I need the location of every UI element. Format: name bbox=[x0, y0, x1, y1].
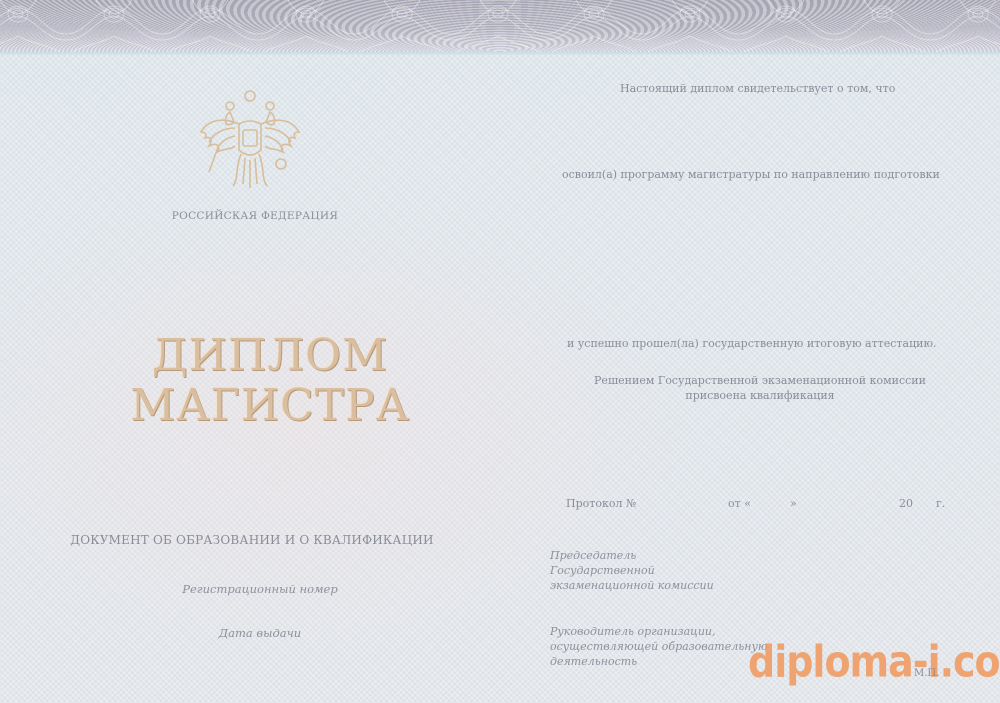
issue-date-label: Дата выдачи bbox=[150, 626, 370, 640]
chairman-line-3: экзаменационной комиссии bbox=[550, 578, 714, 593]
guilloche-motif-icon bbox=[930, 0, 1000, 52]
guilloche-motif-icon bbox=[450, 0, 546, 52]
commission-decision: Решением Государственной экзаменационной… bbox=[560, 373, 960, 403]
head-line-2: осуществляющей образовательную bbox=[550, 639, 768, 654]
certifies-text: Настоящий диплом свидетельствует о том, … bbox=[620, 82, 895, 95]
guilloche-motif-icon bbox=[642, 0, 738, 52]
guilloche-motif-icon bbox=[546, 0, 642, 52]
head-signature-block: Руководитель организации, осуществляющей… bbox=[550, 624, 768, 669]
guilloche-motif-icon bbox=[834, 0, 930, 52]
protocol-year-suffix: г. bbox=[936, 497, 945, 510]
protocol-row: Протокол № от « » 20 г. bbox=[566, 497, 956, 513]
ornamental-top-band bbox=[0, 0, 1000, 52]
guilloche-motif-icon bbox=[66, 0, 162, 52]
protocol-from: от « bbox=[728, 497, 751, 510]
band-divider bbox=[0, 52, 1000, 55]
guilloche-motif-icon bbox=[162, 0, 258, 52]
guilloche-motif-icon bbox=[258, 0, 354, 52]
registration-number-label: Регистрационный номер bbox=[150, 582, 370, 596]
watermark: diploma-i.com bbox=[748, 636, 1000, 687]
chairman-line-2: Государственной bbox=[550, 563, 714, 578]
decision-line-1: Решением Государственной экзаменационной… bbox=[560, 373, 960, 388]
stamp-place: М.П. bbox=[914, 668, 939, 679]
protocol-year-prefix: 20 bbox=[899, 497, 913, 510]
head-line-1: Руководитель организации, bbox=[550, 624, 768, 639]
passed-attestation-text: и успешно прошел(ла) государственную ито… bbox=[567, 337, 937, 350]
guilloche-motif-icon bbox=[0, 0, 66, 52]
chairman-signature-block: Председатель Государственной экзаменацио… bbox=[550, 548, 714, 593]
decision-line-2: присвоена квалификация bbox=[560, 388, 960, 403]
protocol-label: Протокол № bbox=[566, 497, 636, 510]
protocol-close-quote: » bbox=[790, 497, 797, 510]
chairman-line-1: Председатель bbox=[550, 548, 714, 563]
country-name: РОССИЙСКАЯ ФЕДЕРАЦИЯ bbox=[170, 210, 340, 222]
guilloche-motif-icon bbox=[354, 0, 450, 52]
head-line-3: деятельность bbox=[550, 654, 768, 669]
document-type: ДОКУМЕНТ ОБ ОБРАЗОВАНИИ И О КВАЛИФИКАЦИИ bbox=[62, 533, 442, 547]
diploma-title: ДИПЛОМ bbox=[100, 330, 440, 381]
guilloche-motif-icon bbox=[738, 0, 834, 52]
mastered-program-text: освоил(а) программу магистратуры по напр… bbox=[562, 168, 940, 181]
double-headed-eagle-icon bbox=[195, 88, 305, 198]
diploma-spread: РОССИЙСКАЯ ФЕДЕРАЦИЯ ДИПЛОМ МАГИСТРА ДОК… bbox=[0, 0, 1000, 703]
diploma-degree: МАГИСТРА bbox=[100, 380, 440, 431]
